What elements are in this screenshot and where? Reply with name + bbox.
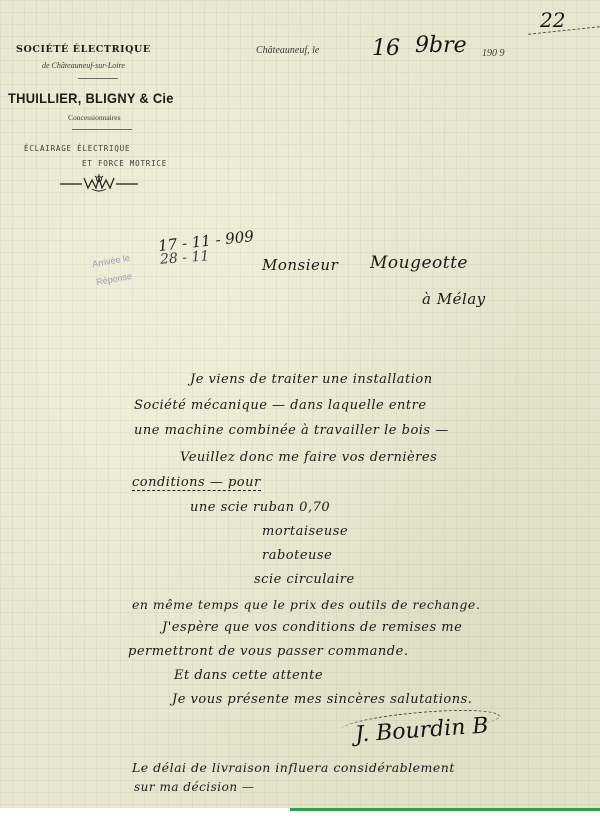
company-name: SOCIÉTÉ ÉLECTRIQUE [16, 44, 151, 55]
service-line-1: ÉCLAIRAGE ÉLECTRIQUE [24, 144, 130, 153]
body-line: Et dans cette attente [174, 668, 323, 683]
salutation: Monsieur [262, 256, 338, 274]
body-line: scie circulaire [254, 572, 355, 587]
folio-number: 22 [540, 8, 565, 32]
body-line: une machine combinée à travailler le boi… [134, 423, 449, 438]
year-suffix: 9 [500, 48, 505, 59]
body-line: J'espère que vos conditions de remises m… [162, 620, 462, 635]
letterhead-divider [72, 129, 132, 130]
date-day: 16 [372, 36, 400, 61]
company-role: Concessionnaires [68, 113, 121, 122]
year-prefix: 190 [482, 48, 497, 59]
electric-emblem-icon [60, 174, 138, 192]
body-line: permettront de vous passer commande. [128, 644, 408, 659]
recipient-city: à Mélay [422, 290, 486, 308]
date-year: 190 9 [482, 48, 505, 59]
date-month: 9bre [415, 33, 467, 58]
body-line: raboteuse [262, 548, 332, 563]
body-line: en même temps que le prix des outils de … [132, 597, 480, 612]
partners-name: THUILLIER, BLIGNY & Cie [8, 90, 174, 106]
body-line: une scie ruban 0,70 [190, 500, 330, 515]
stamp-response-date: 28 - 11 [160, 248, 210, 267]
postscript-line: sur ma décision — [134, 780, 254, 794]
recipient-name: Mougeotte [370, 253, 468, 273]
letter-page: SOCIÉTÉ ÉLECTRIQUE de Châteauneuf-sur-Lo… [0, 0, 600, 812]
body-line: Je vous présente mes sincères salutation… [172, 692, 472, 707]
stamp-response-label: Réponse [95, 271, 132, 287]
body-line: mortaiseuse [262, 524, 348, 539]
letterhead-divider [78, 78, 118, 79]
body-line: Société mécanique — dans laquelle entre [134, 398, 427, 413]
scan-green-strip [290, 808, 600, 811]
body-line: Veuillez donc me faire vos dernières [180, 450, 437, 465]
postscript-line: Le délai de livraison influera considéra… [132, 760, 455, 775]
date-place: Châteauneuf, le [256, 45, 319, 56]
company-location: de Châteauneuf-sur-Loire [42, 61, 125, 70]
body-line: Je viens de traiter une installation [190, 372, 433, 387]
body-line: conditions — pour [132, 475, 261, 491]
service-line-2: ET FORCE MOTRICE [82, 159, 167, 168]
stamp-arrived-label: Arrivée le [91, 253, 130, 269]
